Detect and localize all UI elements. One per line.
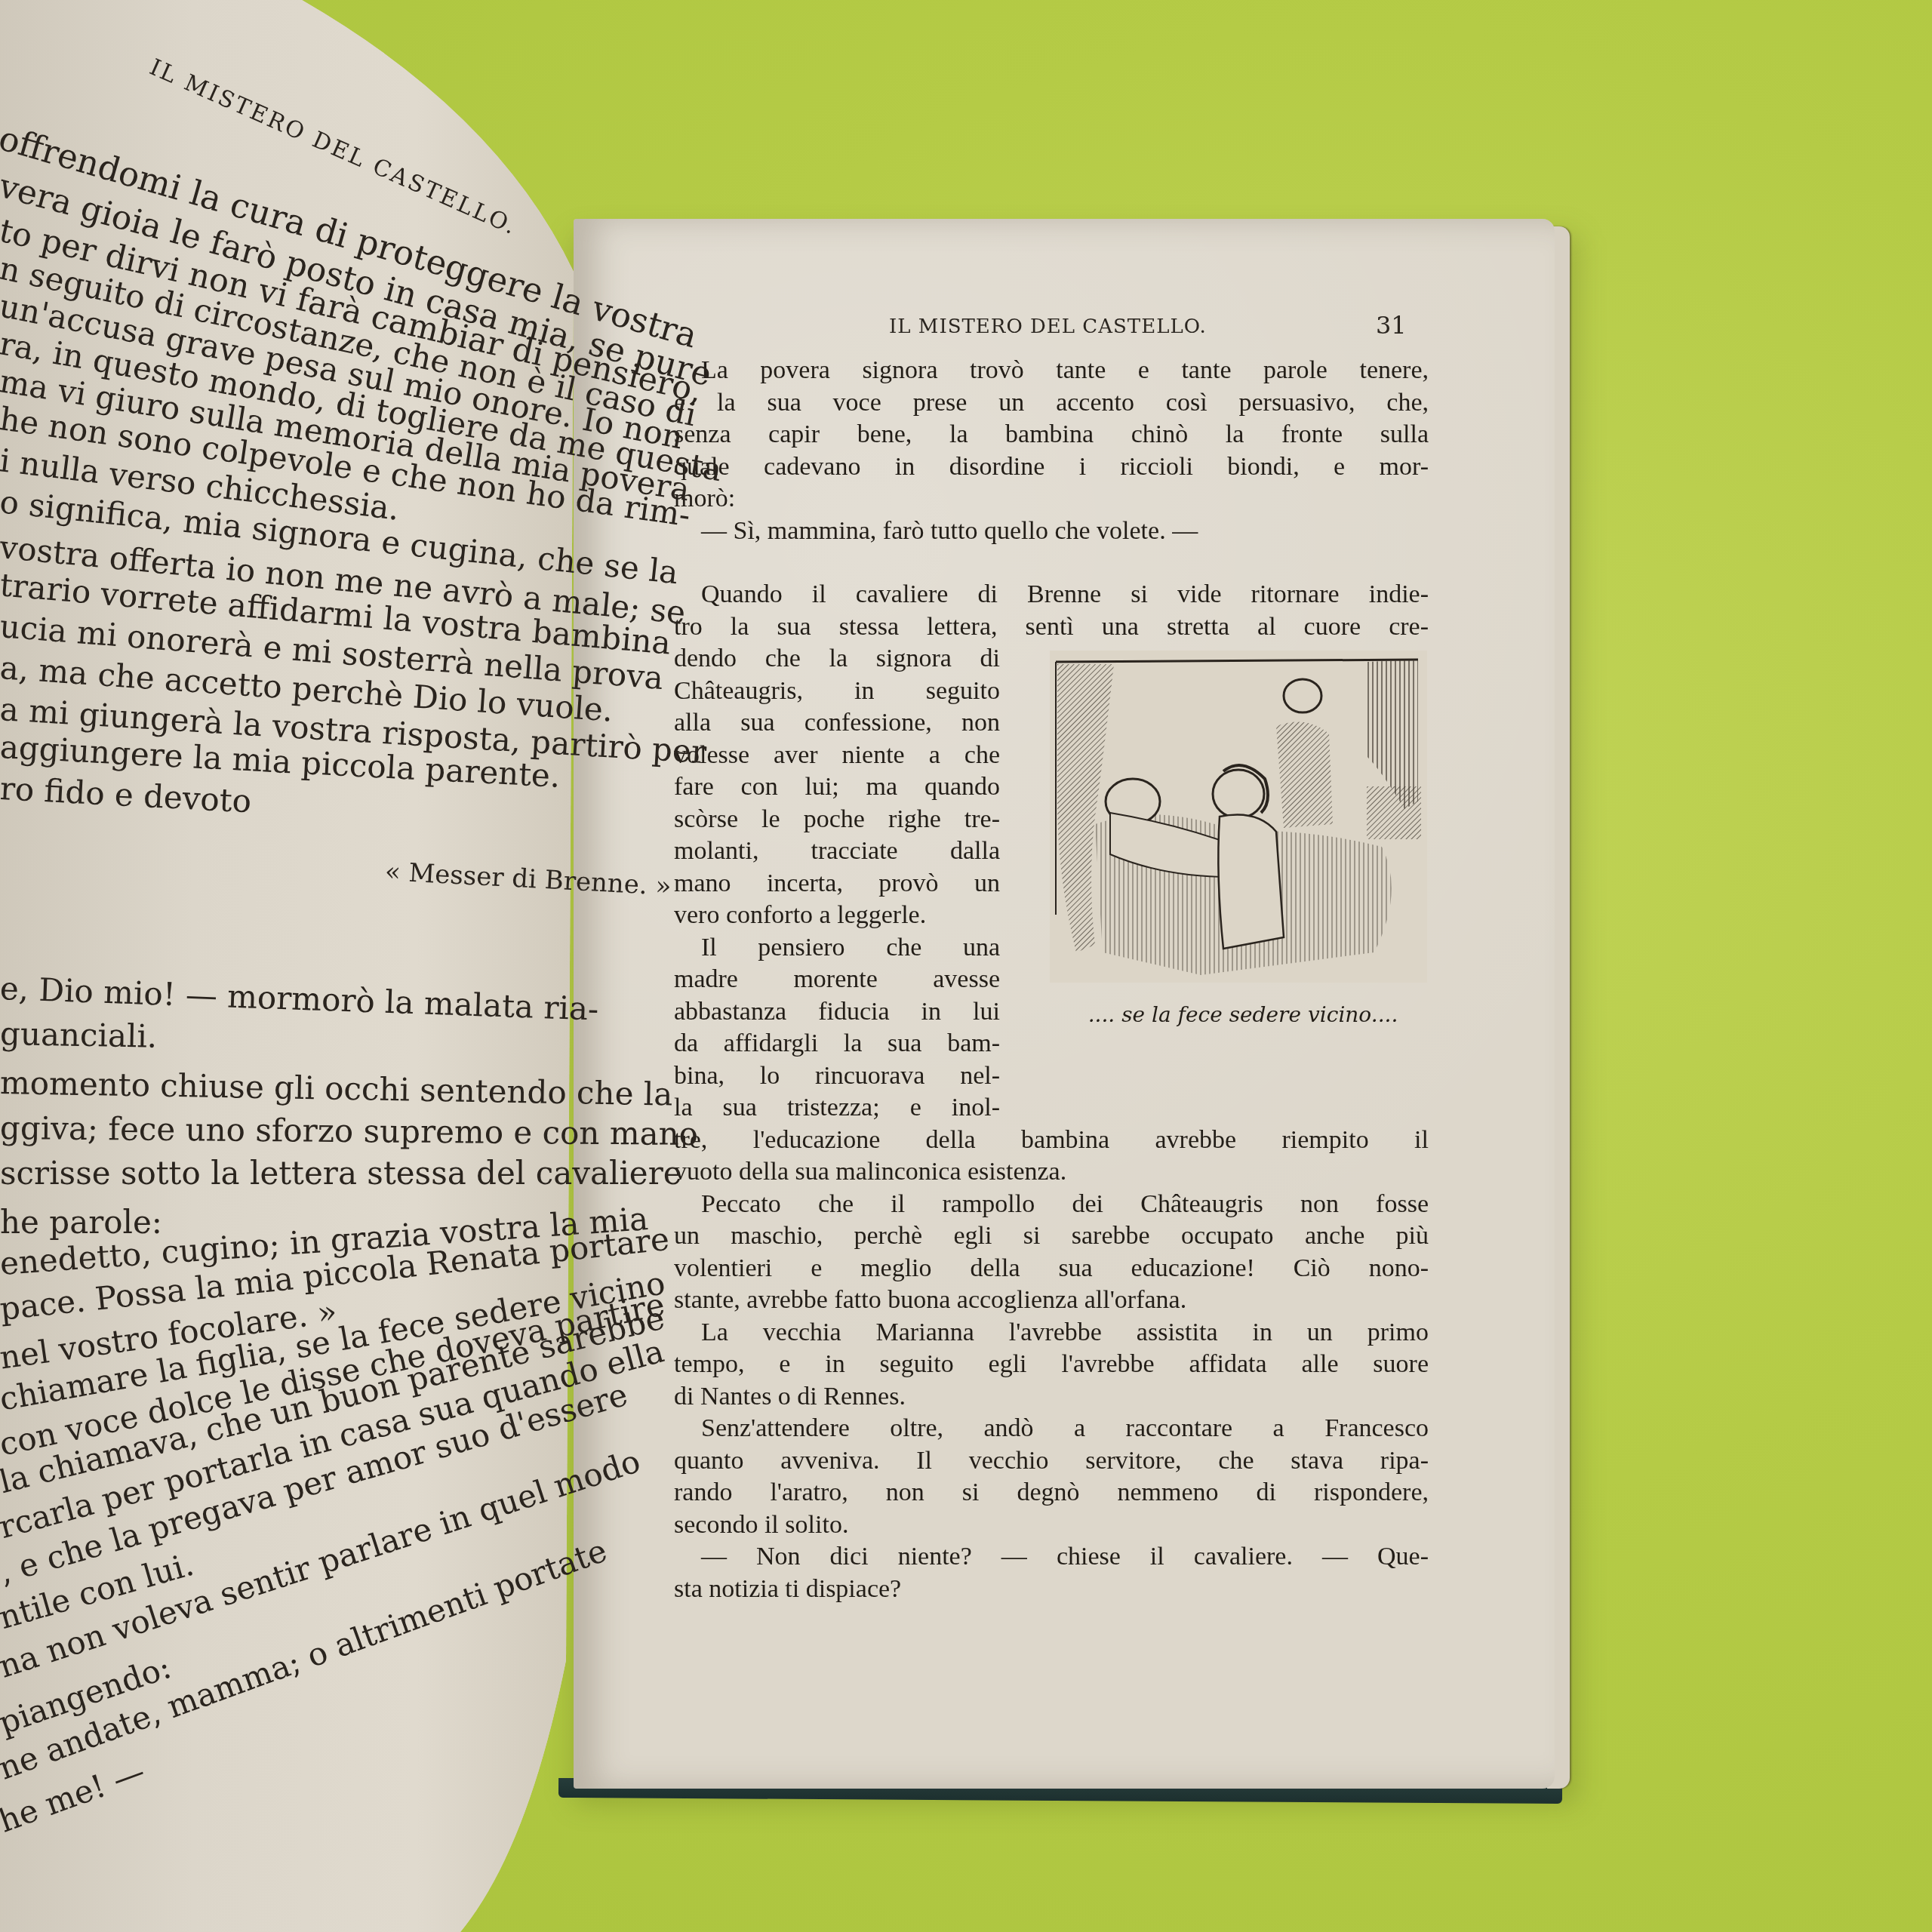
text-line: scòrse le poche righe tre-	[674, 804, 1000, 836]
page-number: 31	[1376, 311, 1407, 340]
dialogue-line: sta notizia ti dispiace?	[674, 1574, 1429, 1606]
narrow-column: dendo che la signora di Châteaugris, in …	[674, 643, 1000, 1124]
text-line: rando l'aratro, non si degnò nemmeno di …	[674, 1477, 1429, 1509]
paragraph-5: La vecchia Marianna l'avrebbe assistita …	[674, 1317, 1429, 1414]
text-line: alla sua confessione, non	[674, 707, 1000, 740]
illustration: .... se la fece sedere vicino....	[1050, 651, 1436, 1032]
paragraph-2: Quando il cavaliere di Brenne si vide ri…	[674, 579, 1429, 643]
running-head-right: IL MISTERO DEL CASTELLO.	[889, 315, 1207, 338]
paragraph-3-end: tre, l'educazione della bambina avrebbe …	[674, 1124, 1429, 1189]
text-line: dendo che la signora di	[674, 643, 1000, 675]
dialogue-line: — Sì, mammina, farò tutto quello che vol…	[674, 515, 1429, 548]
text-line: quanto avveniva. Il vecchio servitore, c…	[674, 1445, 1429, 1478]
text-line: senza capir bene, la bambina chinò la fr…	[674, 419, 1429, 451]
text-line: di Nantes o di Rennes.	[674, 1381, 1429, 1414]
text-line: tre, l'educazione della bambina avrebbe …	[674, 1124, 1429, 1157]
text-line: stante, avrebbe fatto buona accoglienza …	[674, 1284, 1429, 1317]
text-line: La vecchia Marianna l'avrebbe assistita …	[674, 1317, 1429, 1349]
text-line: madre morente avesse	[674, 964, 1000, 996]
text-line: Quando il cavaliere di Brenne si vide ri…	[674, 579, 1429, 611]
text-line: vuoto della sua malinconica esistenza.	[674, 1156, 1429, 1189]
text-line: tempo, e in seguito egli l'avrebbe affid…	[674, 1349, 1429, 1381]
engraving-image	[1050, 651, 1427, 983]
left-text-line: ggiva; fece uno sforzo supremo e con man…	[0, 1109, 698, 1152]
text-line: vero conforto a leggerle.	[674, 900, 1000, 932]
text-line: morò:	[674, 483, 1429, 515]
text-line: quale cadevano in disordine i riccioli b…	[674, 451, 1429, 484]
text-line: mano incerta, provò un	[674, 868, 1000, 900]
text-line: La povera signora trovò tante e tante pa…	[674, 355, 1429, 387]
text-line: tro la sua stessa lettera, sentì una str…	[674, 611, 1429, 644]
illustration-caption: .... se la fece sedere vicino....	[1050, 999, 1436, 1032]
text-line: da affidargli la sua bam-	[674, 1028, 1000, 1060]
text-line: volesse aver niente a che	[674, 740, 1000, 772]
text-line: abbastanza fiducia in lui	[674, 996, 1000, 1029]
left-text-line: guanciali.	[0, 1015, 158, 1055]
dialogue-2: — Non dici niente? — chiese il cavaliere…	[674, 1541, 1429, 1605]
text-line: la sua tristezza; e inol-	[674, 1092, 1000, 1124]
paragraph-6: Senz'attendere oltre, andò a raccontare …	[674, 1413, 1429, 1541]
right-page-body: La povera signora trovò tante e tante pa…	[674, 355, 1429, 1605]
text-line: Senz'attendere oltre, andò a raccontare …	[674, 1413, 1429, 1445]
text-line: e la sua voce prese un accento così pers…	[674, 387, 1429, 420]
text-line: un maschio, perchè egli si sarebbe occup…	[674, 1220, 1429, 1253]
dialogue-line: — Non dici niente? — chiese il cavaliere…	[674, 1541, 1429, 1574]
text-line: molanti, tracciate dalla	[674, 835, 1000, 868]
text-line: Il pensiero che una	[674, 932, 1000, 964]
left-text-line: scrisse sotto la lettera stessa del cava…	[0, 1155, 682, 1192]
text-line: bina, lo rincuorava nel-	[674, 1060, 1000, 1093]
text-line: volentieri e meglio della sua educazione…	[674, 1253, 1429, 1285]
text-line: secondo il solito.	[674, 1509, 1429, 1542]
text-line: fare con lui; ma quando	[674, 771, 1000, 804]
text-line: Peccato che il rampollo dei Châteaugris …	[674, 1189, 1429, 1221]
paragraph-4: Peccato che il rampollo dei Châteaugris …	[674, 1189, 1429, 1317]
text-line: Châteaugris, in seguito	[674, 675, 1000, 708]
sickbed-engraving-icon	[1050, 651, 1427, 983]
paragraph-1: La povera signora trovò tante e tante pa…	[674, 355, 1429, 547]
